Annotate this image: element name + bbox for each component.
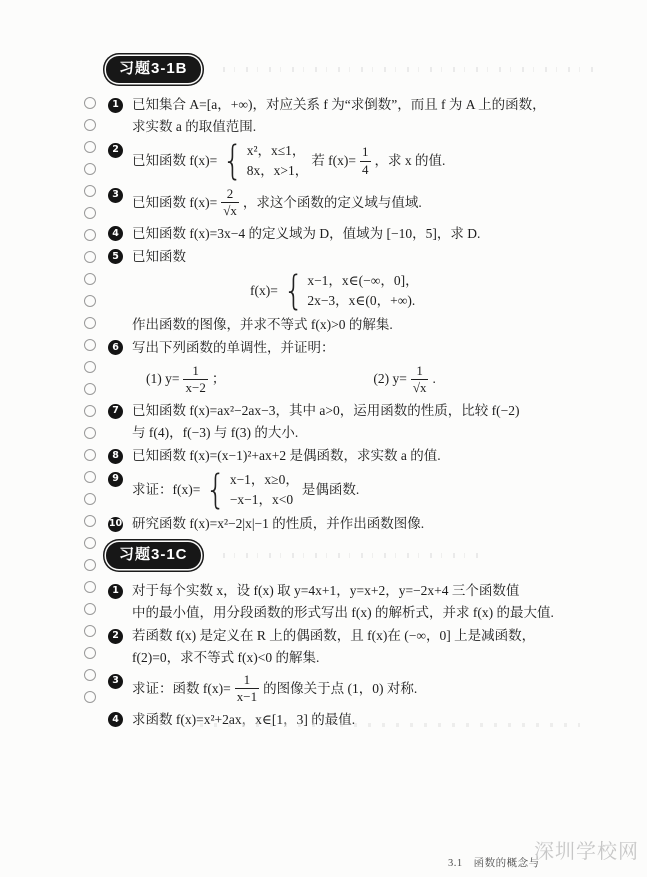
- problem-number-badge: 8: [108, 449, 123, 464]
- scan-noise-strip: [200, 723, 580, 727]
- problem-number-badge: 10: [108, 517, 123, 532]
- problem-b7: 7 已知函数 f(x)=ax²−2ax−3，其中 a>0，运用函数的性质，比较 …: [106, 400, 598, 444]
- left-brace-glyph: {: [206, 472, 226, 508]
- binder-hole: [84, 581, 96, 593]
- problem-text-line: 已知函数 f(x)=ax²−2ax−3，其中 a>0，运用函数的性质，比较 f(…: [132, 400, 598, 422]
- fraction-numerator: 1: [362, 144, 369, 160]
- section-b-header: 习题3-1B: [106, 56, 598, 83]
- fraction: 1 x−2: [183, 363, 207, 397]
- problem-text-line: 已知函数 f(x)=(x−1)²+ax+2 是偶函数，求实数 a 的值.: [132, 445, 598, 467]
- fraction: 1 4: [360, 144, 371, 178]
- problem-text: ，求 x 的值.: [375, 150, 446, 172]
- piecewise-formula: { x−1，x∈(−∞，0]， 2x−3，x∈(0，+∞).: [281, 271, 419, 311]
- problem-number-badge: 4: [108, 226, 123, 241]
- problem-number-badge: 4: [108, 712, 123, 727]
- left-brace-glyph: {: [283, 273, 303, 309]
- problem-b10: 10 研究函数 f(x)=x²−2|x|−1 的性质，并作出函数图像.: [106, 513, 598, 535]
- fraction: 1 x−1: [235, 672, 259, 706]
- problem-number-badge: 3: [108, 188, 123, 203]
- binder-hole: [84, 449, 96, 461]
- problem-text: 求证：函数 f(x)=: [132, 678, 231, 700]
- problem-number-badge: 7: [108, 404, 123, 419]
- binder-hole: [84, 471, 96, 483]
- binder-hole: [84, 383, 96, 395]
- problem-b6: 6 写出下列函数的单调性，并证明： (1) y= 1 x−2 ； (2) y=: [106, 337, 598, 400]
- problem-b1: 1 已知集合 A=[a，+∞)，对应关系 f 为“求倒数”，而且 f 为 A 上…: [106, 94, 598, 138]
- problem-text: 是偶函数.: [302, 479, 359, 501]
- problem-number-badge: 6: [108, 340, 123, 355]
- piecewise-case: x²，x≤1，: [247, 141, 309, 161]
- binder-hole: [84, 339, 96, 351]
- problem-text: 若 f(x)=: [311, 150, 356, 172]
- fraction-denominator: x−2: [183, 379, 207, 396]
- problem-text-line: 已知函数 f(x)=3x−4 的定义域为 D，值域为 [−10，5]，求 D.: [132, 223, 598, 245]
- problem-b2: 2 已知函数 f(x)= { x²，x≤1， 8x，x>1， 若 f(x)= 1: [106, 139, 598, 183]
- problem-b9: 9 求证：f(x)= { x−1，x≥0， −x−1，x<0 是偶函数.: [106, 468, 598, 512]
- binder-hole: [84, 493, 96, 505]
- problem-c3: 3 求证：函数 f(x)= 1 x−1 的图像关于点 (1，0) 对称.: [106, 670, 598, 708]
- binder-hole: [84, 669, 96, 681]
- binder-hole: [84, 405, 96, 417]
- problem-b4: 4 已知函数 f(x)=3x−4 的定义域为 D，值域为 [−10，5]，求 D…: [106, 223, 598, 245]
- problem-c1: 1 对于每个实数 x，设 f(x) 取 y=4x+1，y=x+2，y=−2x+4…: [106, 580, 598, 624]
- problem-number-badge: 1: [108, 98, 123, 113]
- binder-hole: [84, 691, 96, 703]
- footer-section-label: 3.1 函数的概念与: [448, 855, 540, 870]
- left-brace-glyph: {: [223, 143, 243, 179]
- problem-text-line: 求实数 a 的取值范围.: [132, 116, 598, 138]
- fraction-numerator: 2: [227, 186, 234, 202]
- binder-hole: [84, 163, 96, 175]
- binder-hole: [84, 141, 96, 153]
- fraction-numerator: 1: [416, 363, 423, 379]
- problem-number-badge: 3: [108, 674, 123, 689]
- problem-text: ，求这个函数的定义域与值域.: [243, 192, 422, 214]
- binder-hole: [84, 229, 96, 241]
- section-c-badge: 习题3-1C: [106, 542, 201, 569]
- scan-noise-strip: [223, 67, 598, 72]
- display-formula: f(x)= { x−1，x∈(−∞，0]， 2x−3，x∈(0，+∞).: [250, 271, 598, 311]
- piecewise-case: 2x−3，x∈(0，+∞).: [307, 291, 418, 311]
- binder-hole: [84, 251, 96, 263]
- problem-text: 的图像关于点 (1，0) 对称.: [263, 678, 417, 700]
- problem-text-line: 已知函数: [132, 246, 598, 268]
- problem-b3: 3 已知函数 f(x)= 2 √x ，求这个函数的定义域与值域.: [106, 184, 598, 222]
- problem-text-line: 对于每个实数 x，设 f(x) 取 y=4x+1，y=x+2，y=−2x+4 三…: [132, 580, 598, 602]
- fraction: 1 √x: [411, 363, 429, 397]
- fraction-denominator-sqrt: √x: [221, 202, 239, 219]
- problem-b5: 5 已知函数 f(x)= { x−1，x∈(−∞，0]， 2x−3，x∈(0，+…: [106, 246, 598, 336]
- page-content: 习题3-1B 1 已知集合 A=[a，+∞)，对应关系 f 为“求倒数”，而且 …: [106, 56, 598, 732]
- problem-text: 已知函数 f(x)=: [132, 150, 217, 172]
- piecewise-case: x−1，x≥0，: [230, 470, 299, 490]
- binder-hole: [84, 207, 96, 219]
- problem-number-badge: 2: [108, 143, 123, 158]
- section-b-badge: 习题3-1B: [106, 56, 201, 83]
- problem-text-line: 若函数 f(x) 是定义在 R 上的偶函数，且 f(x)在 (−∞，0] 上是减…: [132, 625, 598, 647]
- problem-text-line: 中的最小值，用分段函数的形式写出 f(x) 的解析式，并求 f(x) 的最大值.: [132, 602, 598, 624]
- binder-hole: [84, 119, 96, 131]
- problem-number-badge: 9: [108, 472, 123, 487]
- binder-hole: [84, 603, 96, 615]
- piecewise-case: x−1，x∈(−∞，0]，: [307, 271, 418, 291]
- binder-hole: [84, 625, 96, 637]
- problem-text-line: 求函数 f(x)=x²+2ax，x∈[1，3] 的最值.: [132, 709, 598, 731]
- subitem-1: (1) y= 1 x−2 ；: [146, 363, 225, 397]
- function-lhs: f(x)=: [250, 280, 278, 302]
- piecewise-case: −x−1，x<0: [230, 490, 299, 510]
- binder-hole: [84, 185, 96, 197]
- problem-text-line: 写出下列函数的单调性，并证明：: [132, 337, 598, 359]
- binder-hole: [84, 295, 96, 307]
- binder-hole: [84, 537, 96, 549]
- subitem-text: (1) y=: [146, 368, 179, 390]
- subitem-2: (2) y= 1 √x .: [373, 363, 436, 397]
- binder-hole: [84, 515, 96, 527]
- fraction-denominator: x−1: [235, 688, 259, 705]
- problem-number-badge: 1: [108, 584, 123, 599]
- binder-hole: [84, 317, 96, 329]
- problem-text-line: 研究函数 f(x)=x²−2|x|−1 的性质，并作出函数图像.: [132, 513, 598, 535]
- subitem-text: .: [432, 368, 435, 390]
- binder-hole: [84, 97, 96, 109]
- binder-holes-column: [84, 97, 96, 703]
- problem-number-badge: 5: [108, 249, 123, 264]
- problem-number-badge: 2: [108, 629, 123, 644]
- binder-hole: [84, 647, 96, 659]
- problem-c2: 2 若函数 f(x) 是定义在 R 上的偶函数，且 f(x)在 (−∞，0] 上…: [106, 625, 598, 669]
- subitem-text: (2) y=: [373, 368, 406, 390]
- piecewise-formula: { x²，x≤1， 8x，x>1，: [220, 141, 308, 181]
- problem-text-line: 作出函数的图像，并求不等式 f(x)>0 的解集.: [132, 314, 598, 336]
- problem-text-line: f(2)=0，求不等式 f(x)<0 的解集.: [132, 647, 598, 669]
- piecewise-formula: { x−1，x≥0， −x−1，x<0: [203, 470, 298, 510]
- fraction-denominator: 4: [360, 161, 371, 178]
- section-c-header: 习题3-1C: [106, 542, 598, 569]
- scan-noise-strip: [223, 553, 483, 558]
- fraction: 2 √x: [221, 186, 239, 220]
- problem-text-line: 与 f(4)，f(−3) 与 f(3) 的大小.: [132, 422, 598, 444]
- problem-text: 已知函数 f(x)=: [132, 192, 217, 214]
- problem-c4: 4 求函数 f(x)=x²+2ax，x∈[1，3] 的最值.: [106, 709, 598, 731]
- site-watermark: 深圳学校网: [534, 835, 639, 864]
- scanned-textbook-page: 习题3-1B 1 已知集合 A=[a，+∞)，对应关系 f 为“求倒数”，而且 …: [0, 0, 647, 877]
- subitem-text: ；: [212, 368, 226, 390]
- problem-text: 求证：f(x)=: [132, 479, 200, 501]
- fraction-denominator-sqrt: √x: [411, 379, 429, 396]
- fraction-numerator: 1: [192, 363, 199, 379]
- binder-hole: [84, 559, 96, 571]
- binder-hole: [84, 273, 96, 285]
- binder-hole: [84, 361, 96, 373]
- fraction-numerator: 1: [244, 672, 251, 688]
- binder-hole: [84, 427, 96, 439]
- piecewise-case: 8x，x>1，: [247, 161, 309, 181]
- problem-b8: 8 已知函数 f(x)=(x−1)²+ax+2 是偶函数，求实数 a 的值.: [106, 445, 598, 467]
- problem-text-line: 已知集合 A=[a，+∞)，对应关系 f 为“求倒数”，而且 f 为 A 上的函…: [132, 94, 598, 116]
